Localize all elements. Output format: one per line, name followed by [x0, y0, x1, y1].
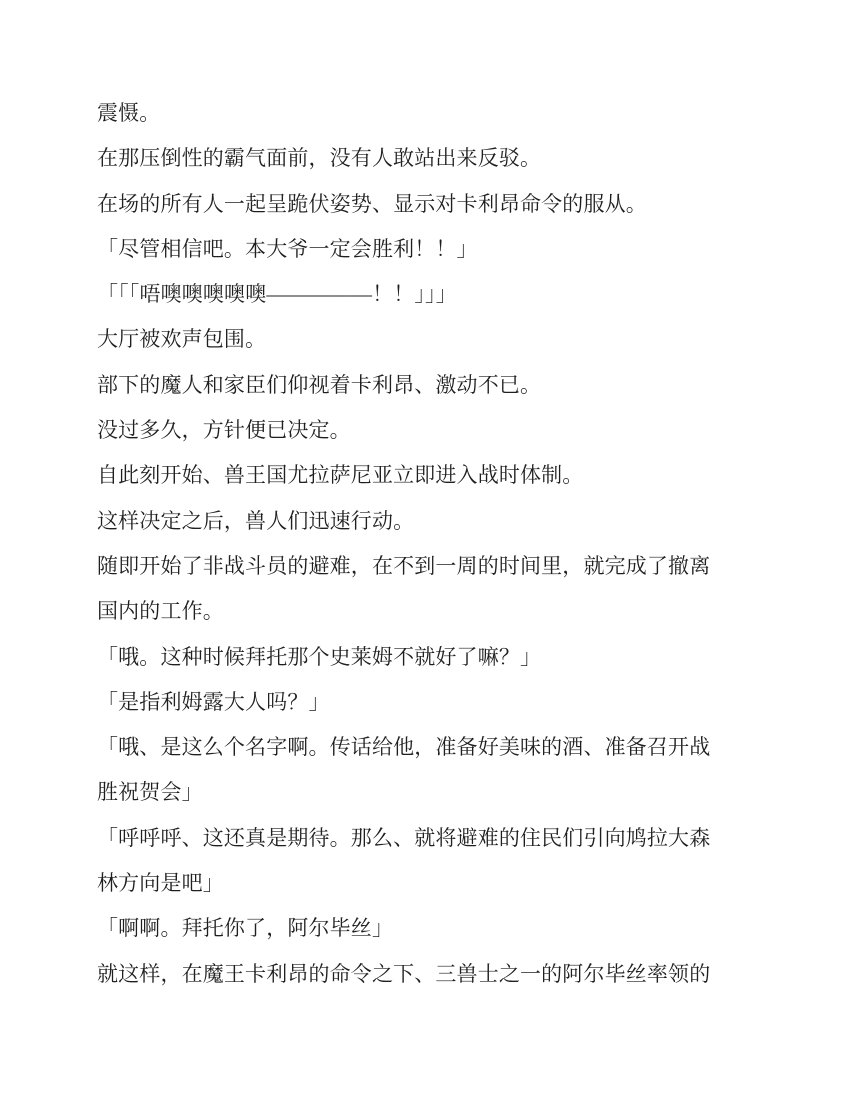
novel-reader-page: 震慑。 在那压倒性的霸气面前，没有人敢站出来反驳。 在场的所有人一起呈跪伏姿势、…: [0, 0, 850, 1100]
text-line: 就这样，在魔王卡利昂的命令之下、三兽士之一的阿尔毕丝率领的: [97, 952, 727, 997]
text-line: 这样决定之后，兽人们迅速行动。: [97, 499, 727, 544]
text-line: 林方向是吧」: [97, 861, 727, 906]
text-line: 没过多久，方针便已决定。: [97, 408, 727, 453]
text-line: 「尽管相信吧。本大爷一定会胜利！！」: [97, 227, 727, 272]
text-line: 随即开始了非战斗员的避难，在不到一周的时间里，就完成了撤离: [97, 544, 727, 589]
text-line: 在场的所有人一起呈跪伏姿势、显示对卡利昂命令的服从。: [97, 182, 727, 227]
text-line: 国内的工作。: [97, 589, 727, 634]
text-line: 自此刻开始、兽王国尤拉萨尼亚立即进入战时体制。: [97, 453, 727, 498]
text-line: 部下的魔人和家臣们仰视着卡利昂、激动不已。: [97, 363, 727, 408]
text-line: 「「「唔噢噢噢噢噢—————！！」」」: [97, 272, 727, 317]
text-line: 大厅被欢声包围。: [97, 317, 727, 362]
text-line: 「呼呼呼、这还真是期待。那么、就将避难的住民们引向鸠拉大森: [97, 816, 727, 861]
novel-text-block: 震慑。 在那压倒性的霸气面前，没有人敢站出来反驳。 在场的所有人一起呈跪伏姿势、…: [97, 91, 727, 997]
text-line: 「啊啊。拜托你了，阿尔毕丝」: [97, 906, 727, 951]
text-line: 「是指利姆露大人吗？」: [97, 680, 727, 725]
text-line: 在那压倒性的霸气面前，没有人敢站出来反驳。: [97, 136, 727, 181]
text-line: 震慑。: [97, 91, 727, 136]
text-line: 胜祝贺会」: [97, 770, 727, 815]
text-line: 「哦、是这么个名字啊。传话给他，准备好美味的酒、准备召开战: [97, 725, 727, 770]
text-line: 「哦。这种时候拜托那个史莱姆不就好了嘛？」: [97, 635, 727, 680]
